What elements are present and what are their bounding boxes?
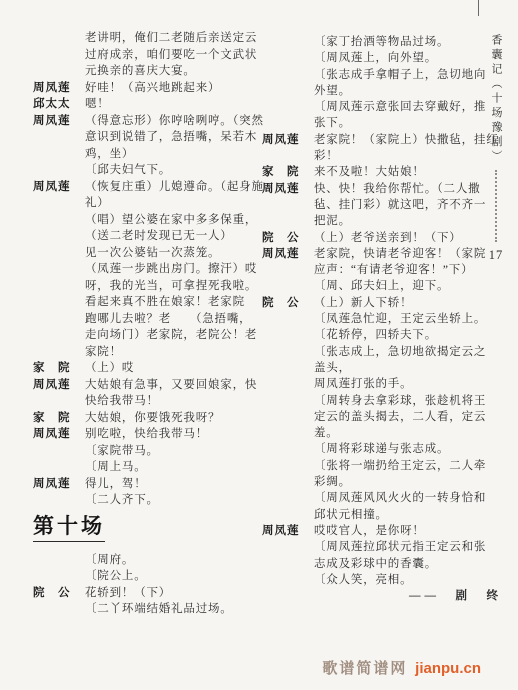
speaker-name xyxy=(33,459,85,476)
speaker-name: 周凤莲 xyxy=(262,246,314,262)
script-line: 周凤莲别吃啦，快给我带马！ xyxy=(33,426,273,443)
line-text: 老讲明，俺们二老随后亲送定云 xyxy=(85,30,257,47)
script-line: 〔周凤莲示意张回去穿戴好，推 xyxy=(262,99,484,115)
script-line: 元换亲的喜庆大宴。 xyxy=(33,63,273,80)
stage-direction: 〔周府。 xyxy=(85,552,134,569)
speaker-name xyxy=(33,327,85,344)
line-text: 过府成亲，咱们要吃一个文武状 xyxy=(85,47,257,64)
stage-direction: 〔周、邱夫妇上，迎下。 xyxy=(314,278,449,294)
stage-direction: 〔张志成上，急切地欲揭定云之 xyxy=(314,344,486,360)
speaker-name xyxy=(33,552,85,569)
stage-direction: 〔凤莲急忙迎，王定云坐轿上。 xyxy=(314,311,486,327)
script-page: 老讲明，俺们二老随后亲送定云过府成亲，咱们要吃一个文武状元换亲的喜庆大宴。周凤莲… xyxy=(0,0,518,690)
script-line: 周凤莲得儿，驾！ xyxy=(33,476,273,493)
script-line: 〔家院带马。 xyxy=(33,443,273,460)
speaker-name xyxy=(33,393,85,410)
watermark-site-name: 歌谱简谱网 xyxy=(322,661,407,677)
line-text: （唱）望公婆在家中多多保重， xyxy=(85,212,257,229)
script-line: 家 院（上）哎 xyxy=(33,360,273,377)
speaker-name xyxy=(262,393,314,409)
speaker-name xyxy=(262,360,314,376)
stage-direction: 〔周转身去拿彩球，张趁机将王 xyxy=(314,393,486,409)
script-line: 毡、挂门彩）就这吧，齐不齐一 xyxy=(262,197,484,213)
script-line: 〔张志成手拿帽子上，急切地向 xyxy=(262,67,484,83)
script-line: 周凤莲好哇！（高兴地跳起来） xyxy=(33,80,273,97)
speaker-name xyxy=(33,261,85,278)
script-line: （送二老时发现已无一人） xyxy=(33,228,273,245)
line-text: 走向场门）老家院，老院公！老 xyxy=(85,327,257,344)
script-line: 周凤莲哎哎官人，是你呀！ xyxy=(262,523,484,539)
script-line: 院 公（上）新人下轿！ xyxy=(262,295,484,311)
speaker-name xyxy=(262,588,314,604)
line-text: （得意忘形）你哼啥咧哼。（突然 xyxy=(85,113,264,130)
speaker-name xyxy=(262,344,314,360)
speaker-name xyxy=(262,507,314,523)
line-text: 呀，我的光当，可拿捏死我啦。 xyxy=(85,278,257,295)
script-line: 鸡，坐） xyxy=(33,146,273,163)
speaker-name xyxy=(262,213,314,229)
script-line: 过府成亲，咱们要吃一个文武状 xyxy=(33,47,273,64)
script-line: 〔周凤莲风风火火的一转身恰和 xyxy=(262,490,484,506)
script-line: 定云的盖头揭去，二人看，定云 xyxy=(262,409,484,425)
script-line: 〔张志成上，急切地欲揭定云之 xyxy=(262,344,484,360)
line-text: 得儿，驾！ xyxy=(85,476,147,493)
dotted-leader xyxy=(495,170,497,242)
line-text: 见一次公婆钻一次蒸笼。 xyxy=(85,245,220,262)
stage-direction: 〔周将彩球递与张志成。 xyxy=(314,441,449,457)
script-line: （凤莲一步跳出房门。擦汗）哎 xyxy=(33,261,273,278)
script-line: 〔院公上。 xyxy=(33,568,273,585)
line-text: 花轿到！（下） xyxy=(85,585,171,602)
script-line: 羞。 xyxy=(262,425,484,441)
script-line: 周凤莲（得意忘形）你哼啥咧哼。（突然 xyxy=(33,113,273,130)
speaker-name xyxy=(262,556,314,572)
script-line: 〔周转身去拿彩球，张趁机将王 xyxy=(262,393,484,409)
script-line: 邱太太嗯！ xyxy=(33,96,273,113)
left-column: 老讲明，俺们二老随后亲送定云过府成亲，咱们要吃一个文武状元换亲的喜庆大宴。周凤莲… xyxy=(33,30,273,618)
line-text: 家院！ xyxy=(85,344,122,361)
script-line: 彩绸。 xyxy=(262,474,484,490)
script-line: 彩！ xyxy=(262,148,484,164)
line-text: 毡、挂门彩）就这吧，齐不齐一 xyxy=(314,197,486,213)
line-text: 老家院！（家院上）快撒毡，挂红 xyxy=(314,132,499,148)
line-text: 跑哪儿去啦？老 （急捂嘴， xyxy=(85,311,251,328)
sidebar: 香囊记（十场豫剧） 17 xyxy=(487,34,505,263)
speaker-name xyxy=(33,47,85,64)
speaker-name xyxy=(262,197,314,213)
script-line: 院 公花轿到！（下） xyxy=(33,585,273,602)
line-text: 外望。 xyxy=(314,83,351,99)
line-text: 意识到说错了，急捂嘴，呆若木 xyxy=(85,129,257,146)
speaker-name xyxy=(33,195,85,212)
speaker-name xyxy=(262,278,314,294)
speaker-name: 周凤莲 xyxy=(33,179,85,196)
speaker-name: 周凤莲 xyxy=(33,377,85,394)
script-line: （唱）望公婆在家中多多保重， xyxy=(33,212,273,229)
line-text: 彩绸。 xyxy=(314,474,351,490)
line-text: 彩！ xyxy=(314,148,339,164)
book-title-vertical: 香囊记（十场豫剧） xyxy=(488,34,504,165)
script-line: 〔二丫环端结婚礼品过场。 xyxy=(33,601,273,618)
line-text: （送二老时发现已无一人） xyxy=(85,228,233,245)
speaker-name xyxy=(262,327,314,343)
speaker-name xyxy=(33,228,85,245)
speaker-name: 家 院 xyxy=(33,360,85,377)
speaker-name xyxy=(33,568,85,585)
script-line: 〔周凤莲拉邱状元指王定云和张 xyxy=(262,539,484,555)
script-line: 志成及彩球中的香囊。 xyxy=(262,556,484,572)
speaker-name: 周凤莲 xyxy=(33,476,85,493)
script-line: 周凤莲（恢复庄重）儿媳遵命。（起身施 xyxy=(33,179,273,196)
speaker-name xyxy=(33,443,85,460)
speaker-name xyxy=(33,146,85,163)
line-text: （上）哎 xyxy=(85,360,134,377)
stage-direction: 〔周凤莲风风火火的一转身恰和 xyxy=(314,490,486,506)
line-text: 应声：“有请老爷迎客！”下） xyxy=(314,262,473,278)
speaker-name: 周凤莲 xyxy=(262,181,314,197)
speaker-name xyxy=(33,245,85,262)
script-line: 外望。 xyxy=(262,83,484,99)
script-line: 把泥。 xyxy=(262,213,484,229)
speaker-name xyxy=(262,115,314,131)
speaker-name xyxy=(262,409,314,425)
line-text: 把泥。 xyxy=(314,213,351,229)
script-line: —— 剧 终 xyxy=(262,588,484,604)
script-line: 礼） xyxy=(33,195,273,212)
line-text: 元换亲的喜庆大宴。 xyxy=(85,63,196,80)
script-line: 快给我带马！ xyxy=(33,393,273,410)
line-text: （上）老爷送亲到！（下） xyxy=(314,230,462,246)
stage-direction: 〔周凤莲示意张回去穿戴好，推 xyxy=(314,99,486,115)
speaker-name xyxy=(33,212,85,229)
script-line: 跑哪儿去啦？老 （急捂嘴， xyxy=(33,311,273,328)
scene-heading-text: 第十场 xyxy=(33,513,105,542)
line-text: 定云的盖头揭去，二人看，定云 xyxy=(314,409,486,425)
script-line: 邱状元相撞。 xyxy=(262,507,484,523)
line-text: 大姑娘有急事，又要回娘家，快 xyxy=(85,377,257,394)
script-line: 张下。 xyxy=(262,115,484,131)
speaker-name xyxy=(262,67,314,83)
line-text: 来不及啦！大姑娘！ xyxy=(314,164,425,180)
speaker-name xyxy=(262,425,314,441)
stage-direction: 〔院公上。 xyxy=(85,568,147,585)
speaker-name xyxy=(262,50,314,66)
script-line: 家 院来不及啦！大姑娘！ xyxy=(262,164,484,180)
script-line: 〔众人笑，亮相。 xyxy=(262,572,484,588)
stage-direction: 〔二丫环端结婚礼品过场。 xyxy=(85,601,233,618)
line-text: 周凤莲打张的手。 xyxy=(314,376,412,392)
line-text: 张下。 xyxy=(314,115,351,131)
speaker-name: 家 院 xyxy=(262,164,314,180)
crop-mark xyxy=(478,0,480,16)
speaker-name: 邱太太 xyxy=(33,96,85,113)
stage-direction: 〔周凤莲拉邱状元指王定云和张 xyxy=(314,539,486,555)
watermark-site-url: jianpu.cn xyxy=(415,660,481,677)
stage-direction: 〔张志成手拿帽子上，急切地向 xyxy=(314,67,486,83)
line-text: 羞。 xyxy=(314,425,339,441)
line-text: —— 剧 终 xyxy=(409,588,502,604)
stage-direction: 〔家院带马。 xyxy=(85,443,159,460)
line-text: （凤莲一步跳出房门。擦汗）哎 xyxy=(85,261,257,278)
stage-direction: 〔邱夫妇气下。 xyxy=(85,162,171,179)
script-line: 家院！ xyxy=(33,344,273,361)
line-text: 鸡，坐） xyxy=(85,146,134,163)
line-text: （恢复庄重）儿媳遵命。（起身施 xyxy=(85,179,264,196)
script-line: 盖头， xyxy=(262,360,484,376)
script-line: 〔周凤莲上，向外望。 xyxy=(262,50,484,66)
watermark: 歌谱简谱网 jianpu.cn xyxy=(322,657,481,678)
line-text: 邱状元相撞。 xyxy=(314,507,388,523)
speaker-name xyxy=(262,262,314,278)
speaker-name xyxy=(33,162,85,179)
speaker-name xyxy=(33,344,85,361)
speaker-name xyxy=(262,490,314,506)
speaker-name xyxy=(33,601,85,618)
speaker-name xyxy=(262,441,314,457)
script-line: 周凤莲大姑娘有急事，又要回娘家，快 xyxy=(33,377,273,394)
line-text: 快给我带马！ xyxy=(85,393,159,410)
script-line: 呀，我的光当，可拿捏死我啦。 xyxy=(33,278,273,295)
speaker-name: 院 公 xyxy=(33,585,85,602)
speaker-name xyxy=(262,572,314,588)
script-line: 周凤莲打张的手。 xyxy=(262,376,484,392)
script-line: 家 院大姑娘，你要饿死我呀？ xyxy=(33,410,273,427)
speaker-name: 周凤莲 xyxy=(33,426,85,443)
script-line: 〔凤莲急忙迎，王定云坐轿上。 xyxy=(262,311,484,327)
speaker-name xyxy=(262,376,314,392)
speaker-name: 家 院 xyxy=(33,410,85,427)
stage-direction: 〔家丁抬酒等物品过场。 xyxy=(314,34,449,50)
speaker-name: 周凤莲 xyxy=(33,113,85,130)
script-line: 周凤莲老家院，快请老爷迎客！（家院 xyxy=(262,246,484,262)
line-text: 哎哎官人，是你呀！ xyxy=(314,523,425,539)
line-text: 看起来真不胜在娘家！老家院 xyxy=(85,294,245,311)
script-line: 〔周上马。 xyxy=(33,459,273,476)
speaker-name: 院 公 xyxy=(262,230,314,246)
script-line: 见一次公婆钻一次蒸笼。 xyxy=(33,245,273,262)
speaker-name: 院 公 xyxy=(262,295,314,311)
script-line: 〔张将一端扔给王定云，二人牵 xyxy=(262,458,484,474)
speaker-name: 周凤莲 xyxy=(262,132,314,148)
speaker-name xyxy=(33,278,85,295)
script-line: 〔邱夫妇气下。 xyxy=(33,162,273,179)
speaker-name xyxy=(262,458,314,474)
stage-direction: 〔张将一端扔给王定云，二人牵 xyxy=(314,458,486,474)
page-number: 17 xyxy=(489,248,504,263)
stage-direction: 〔二人齐下。 xyxy=(85,492,159,509)
speaker-name xyxy=(262,539,314,555)
line-text: （上）新人下轿！ xyxy=(314,295,412,311)
speaker-name xyxy=(33,311,85,328)
stage-direction: 〔周凤莲上，向外望。 xyxy=(314,50,437,66)
script-line: 周凤莲老家院！（家院上）快撒毡，挂红 xyxy=(262,132,484,148)
line-text: 志成及彩球中的香囊。 xyxy=(314,556,437,572)
script-line: 意识到说错了，急捂嘴，呆若木 xyxy=(33,129,273,146)
script-line: 应声：“有请老爷迎客！”下） xyxy=(262,262,484,278)
script-line: 〔周府。 xyxy=(33,552,273,569)
speaker-name xyxy=(33,492,85,509)
script-line: 〔二人齐下。 xyxy=(33,492,273,509)
scene-heading: 第十场 xyxy=(33,513,273,542)
speaker-name xyxy=(262,83,314,99)
line-text: 好哇！（高兴地跳起来） xyxy=(85,80,220,97)
script-line: 〔家丁抬酒等物品过场。 xyxy=(262,34,484,50)
speaker-name xyxy=(33,63,85,80)
right-column: 〔家丁抬酒等物品过场。〔周凤莲上，向外望。〔张志成手拿帽子上，急切地向外望。〔周… xyxy=(262,34,484,604)
speaker-name: 周凤莲 xyxy=(33,80,85,97)
speaker-name: 周凤莲 xyxy=(262,523,314,539)
line-text: 快、快！我给你帮忙。（二人撒 xyxy=(314,181,480,197)
line-text: 别吃啦，快给我带马！ xyxy=(85,426,208,443)
line-text: 老家院，快请老爷迎客！（家院 xyxy=(314,246,486,262)
speaker-name xyxy=(33,129,85,146)
script-line: 看起来真不胜在娘家！老家院 xyxy=(33,294,273,311)
line-text: 大姑娘，你要饿死我呀？ xyxy=(85,410,220,427)
script-line: 走向场门）老家院，老院公！老 xyxy=(33,327,273,344)
speaker-name xyxy=(33,294,85,311)
line-text: 礼） xyxy=(85,195,110,212)
speaker-name xyxy=(262,148,314,164)
stage-direction: 〔众人笑，亮相。 xyxy=(314,572,412,588)
script-line: 〔周、邱夫妇上，迎下。 xyxy=(262,278,484,294)
script-line: 周凤莲快、快！我给你帮忙。（二人撒 xyxy=(262,181,484,197)
speaker-name xyxy=(33,30,85,47)
script-line: 〔花轿停，四轿夫下。 xyxy=(262,327,484,343)
stage-direction: 〔花轿停，四轿夫下。 xyxy=(314,327,437,343)
stage-direction: 〔周上马。 xyxy=(85,459,147,476)
speaker-name xyxy=(262,34,314,50)
line-text: 盖头， xyxy=(314,360,351,376)
speaker-name xyxy=(262,99,314,115)
speaker-name xyxy=(262,474,314,490)
script-line: 院 公（上）老爷送亲到！（下） xyxy=(262,230,484,246)
speaker-name xyxy=(262,311,314,327)
line-text: 嗯！ xyxy=(85,96,110,113)
script-line: 〔周将彩球递与张志成。 xyxy=(262,441,484,457)
script-line: 老讲明，俺们二老随后亲送定云 xyxy=(33,30,273,47)
